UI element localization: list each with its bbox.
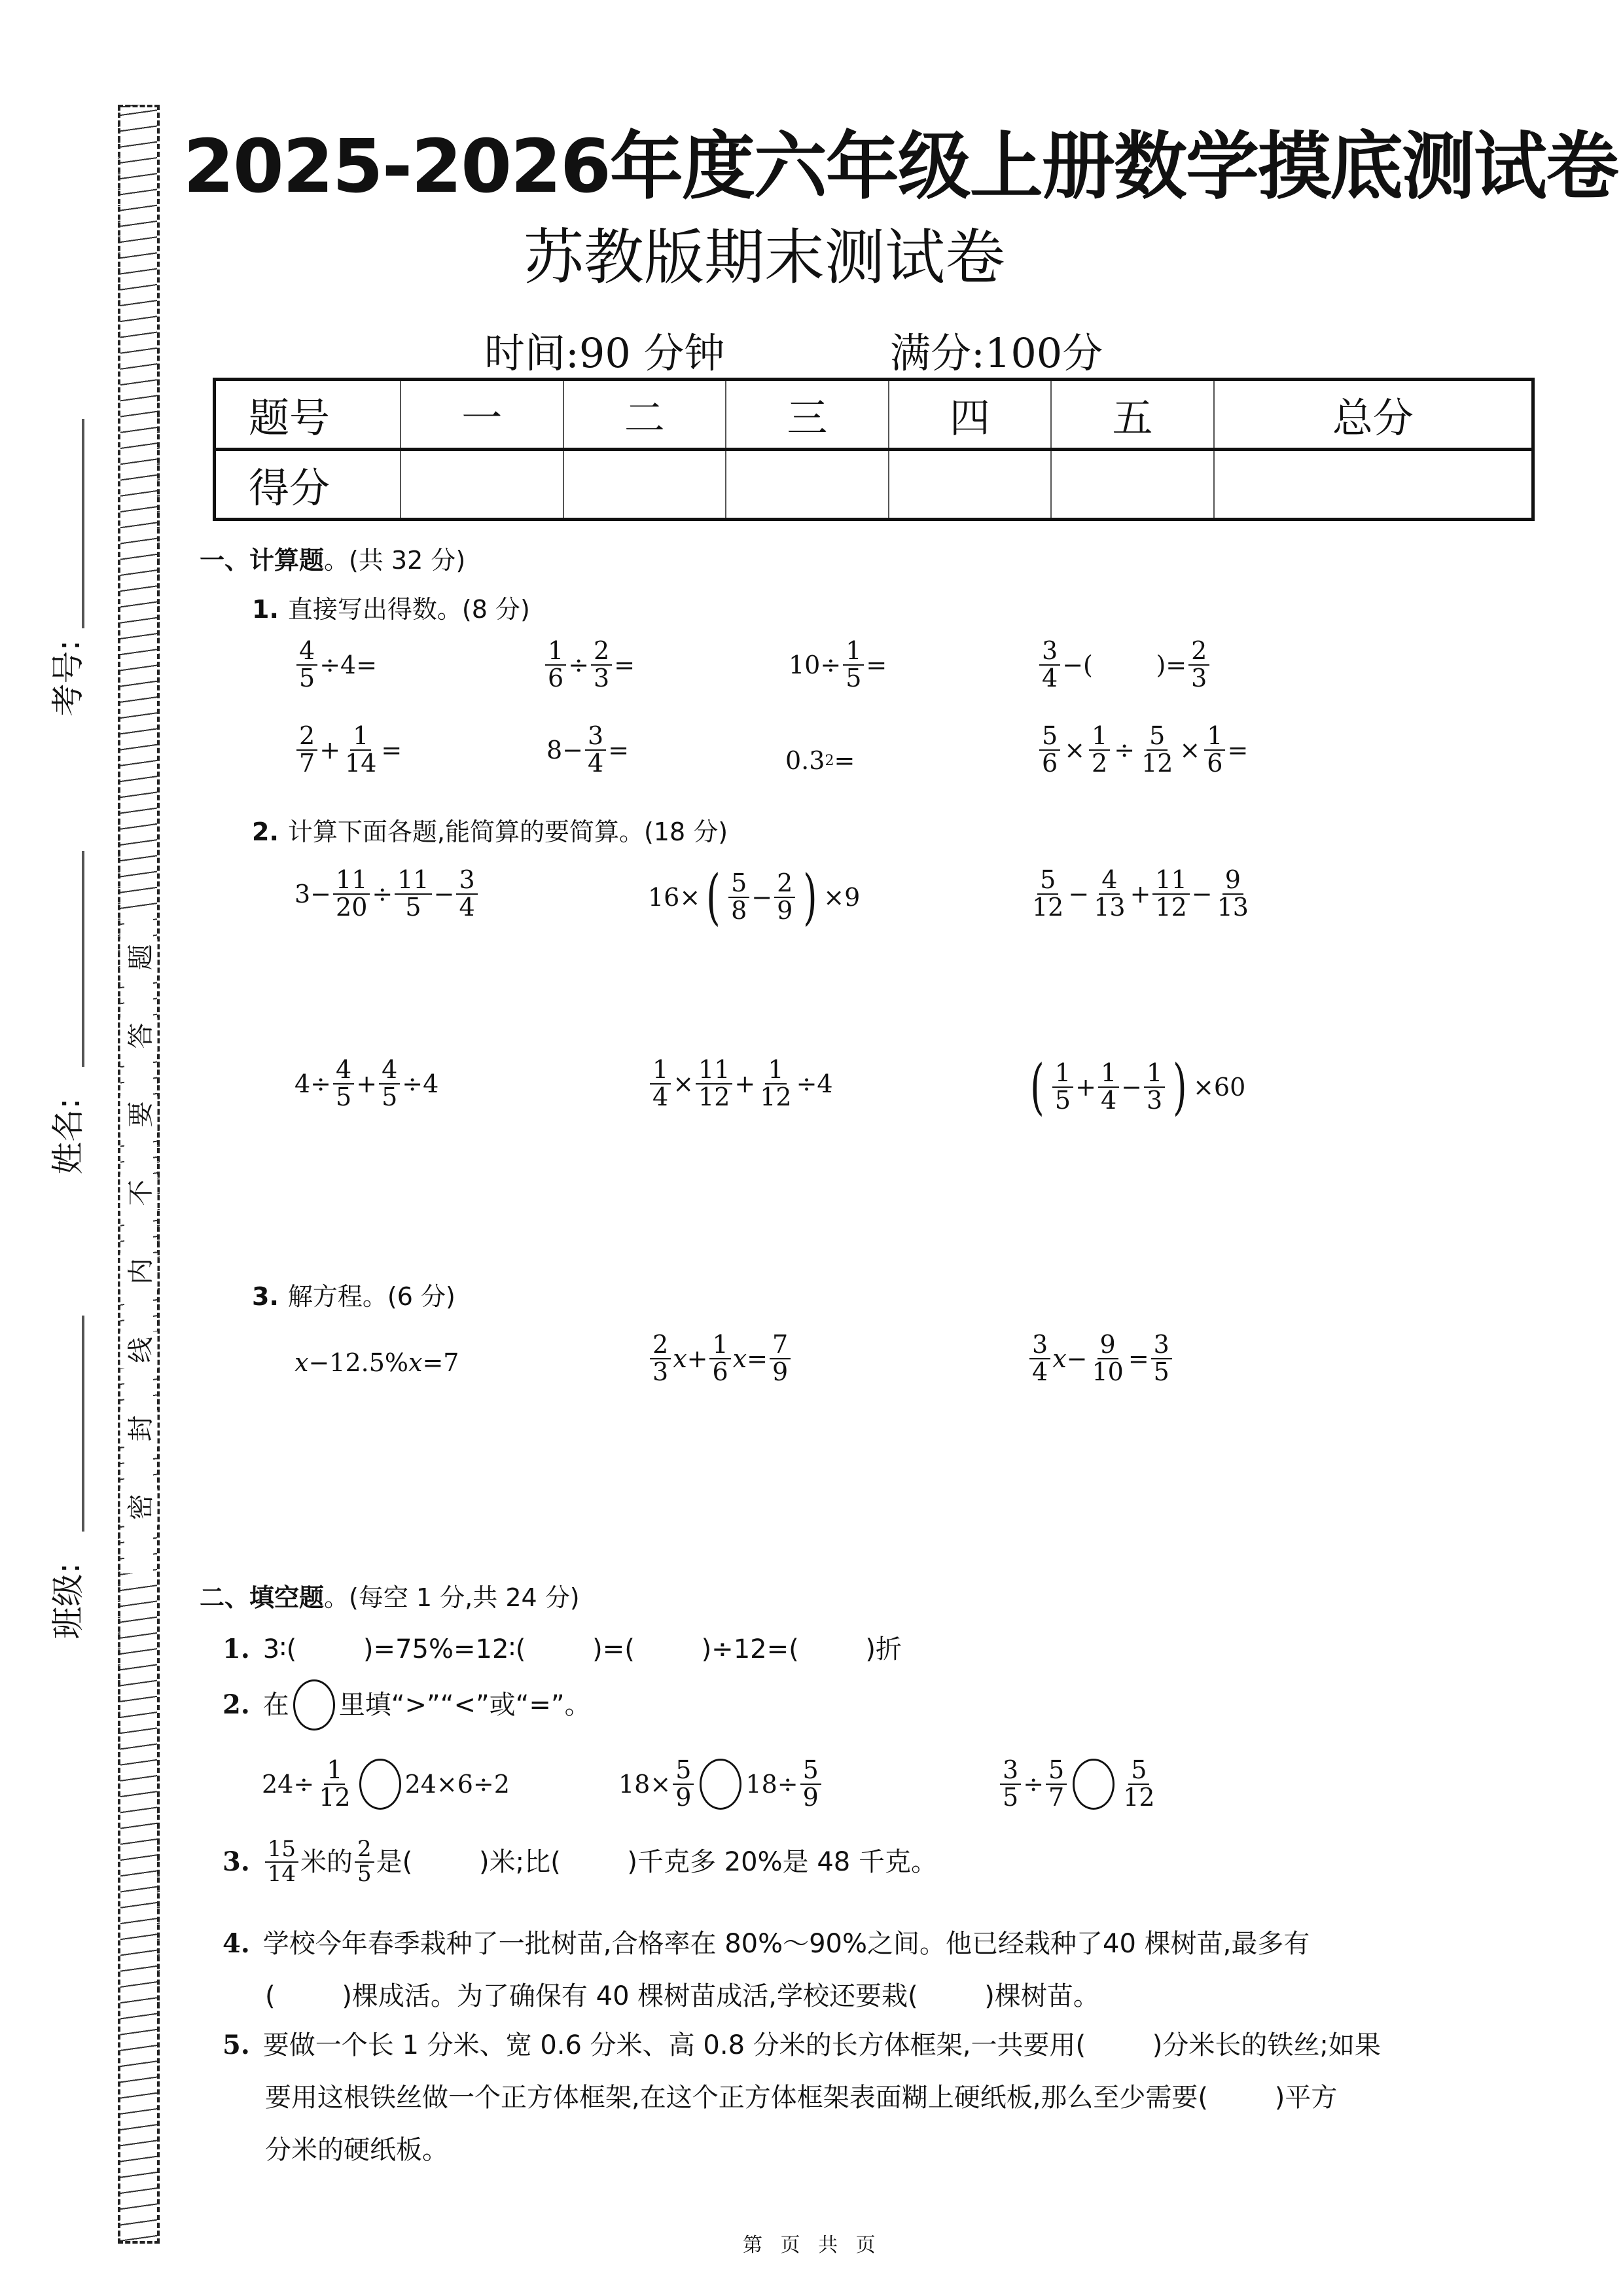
oral-calc-item: 34−( )=23 (1037, 638, 1211, 692)
calc-item-5: 14×1112+112÷4 (648, 1057, 833, 1111)
fill-question-4: 4.学校今年春季栽种了一批树苗,合格率在 80%～90%之间。他已经栽种了40 … (223, 1918, 1558, 2022)
seal-char: 线 (120, 1332, 158, 1369)
question-text: 计算下面各题,能简算的要简算。(18 分) (288, 817, 728, 846)
section-2-points: 。(每空 1 分,共 24 分) (324, 1583, 580, 1612)
page-footer: 第 页 共 页 (743, 2229, 876, 2257)
seal-char: 答 (120, 1018, 158, 1054)
fill-question-2: 2.在里填“>”“<”或“=”。 (223, 1679, 1558, 1731)
score-input-cell[interactable] (401, 450, 563, 520)
section-1-heading: 一、计算题。(共 32 分) (200, 540, 465, 576)
exam-time: 时间:90 分钟 (484, 321, 725, 379)
table-cell: 四 (889, 380, 1052, 450)
oral-calc-item: 8−34= (546, 723, 629, 777)
oral-calc-item: 27+114= (294, 723, 402, 777)
oral-calc-item: 0.32= (785, 746, 855, 775)
equation-item-3: 34x−910=35 (1027, 1332, 1174, 1386)
oral-calc-item: 16÷23= (543, 638, 635, 692)
seal-char: 内 (120, 1253, 158, 1290)
score-input-cell[interactable] (563, 450, 726, 520)
circle-icon (293, 1679, 335, 1731)
section-1-title: 一、计算题 (200, 546, 324, 575)
equation-item-2: 23x+16x=79 (648, 1332, 793, 1386)
calc-item-1: 3−1120÷115−34 (294, 867, 480, 921)
score-table: 题号 一 二 三 四 五 总分 得分 (213, 378, 1535, 521)
full-score: 满分:100分 (890, 321, 1103, 379)
seal-char: 封 (120, 1410, 158, 1447)
fill-question-3: 3. 1514 米的 25 是( )米;比( )千克多 20%是 48 千克。 (223, 1836, 1558, 1888)
class-line[interactable] (82, 1316, 84, 1532)
question-1-2-heading: 2.计算下面各题,能简算的要简算。(18 分) (252, 812, 728, 848)
page-title: 2025-2026年度六年级上册数学摸底测试卷 (183, 108, 1618, 213)
question-1-3-heading: 3.解方程。(6 分) (252, 1276, 455, 1312)
name-line[interactable] (82, 851, 84, 1067)
table-cell: 二 (563, 380, 726, 450)
section-2-title: 二、填空题 (200, 1583, 324, 1612)
section-2-heading: 二、填空题。(每空 1 分,共 24 分) (200, 1577, 580, 1613)
compare-item-1: 24÷11224×6÷2 (262, 1757, 510, 1811)
seal-char: 密 (120, 1489, 158, 1526)
compare-circle[interactable] (700, 1759, 741, 1810)
compare-item-2: 18×5918÷59 (618, 1757, 823, 1811)
seal-char: 题 (120, 939, 158, 976)
score-input-cell[interactable] (1214, 450, 1533, 520)
oral-calc-item: 45÷4= (294, 638, 377, 692)
question-text: 解方程。(6 分) (288, 1282, 455, 1311)
compare-circle[interactable] (1073, 1759, 1115, 1810)
binding-strip: 题 答 要 不 内 线 封 密 (118, 105, 160, 2244)
table-cell: 总分 (1214, 380, 1533, 450)
score-input-cell[interactable] (1051, 450, 1214, 520)
name-label: 姓名: (42, 1097, 89, 1175)
score-table-header-row: 题号 一 二 三 四 五 总分 (215, 380, 1533, 450)
calc-item-4: 4÷45+45÷4 (294, 1057, 438, 1111)
seal-char: 不 (120, 1175, 158, 1211)
table-cell: 五 (1051, 380, 1214, 450)
exam-number-line[interactable] (82, 419, 84, 628)
question-1-1-heading: 1.直接写出得数。(8 分) (252, 589, 530, 625)
equation-item-1: x−12.5%x=7 (294, 1348, 459, 1377)
table-cell: 得分 (215, 450, 401, 520)
score-table-score-row: 得分 (215, 450, 1533, 520)
fill-question-5: 5.要做一个长 1 分米、宽 0.6 分米、高 0.8 分米的长方体框架,一共要… (223, 2019, 1558, 2176)
table-cell: 题号 (215, 380, 401, 450)
calc-item-2: 16×(58−29)×9 (648, 867, 860, 927)
score-input-cell[interactable] (726, 450, 889, 520)
compare-item-3: 35÷57512 (998, 1757, 1160, 1811)
question-number: 1. (252, 595, 279, 624)
calc-item-6: (15+14−13)×60 (1024, 1057, 1245, 1117)
oral-calc-item: 56×12÷512×16= (1037, 723, 1248, 777)
oral-calc-item: 10÷15= (789, 638, 887, 692)
fill-question-1: 1.3∶( )=75%=12∶( )=( )÷12=( )折 (223, 1623, 1558, 1676)
question-text: 3∶( )=75%=12∶( )=( )÷12=( )折 (263, 1634, 902, 1664)
calc-item-3: 512−413+1112−913 (1027, 867, 1253, 921)
question-text: 直接写出得数。(8 分) (288, 595, 530, 624)
question-number: 3. (252, 1282, 279, 1311)
class-label: 班级: (42, 1562, 89, 1640)
table-cell: 一 (401, 380, 563, 450)
table-cell: 三 (726, 380, 889, 450)
compare-circle[interactable] (359, 1759, 401, 1810)
exam-number-label: 考号: (42, 639, 89, 717)
page-subtitle: 苏教版期末测试卷 (524, 209, 1005, 296)
question-number: 2. (252, 817, 279, 846)
section-1-points: 。(共 32 分) (324, 546, 465, 575)
seal-char: 要 (120, 1096, 158, 1133)
score-input-cell[interactable] (889, 450, 1052, 520)
